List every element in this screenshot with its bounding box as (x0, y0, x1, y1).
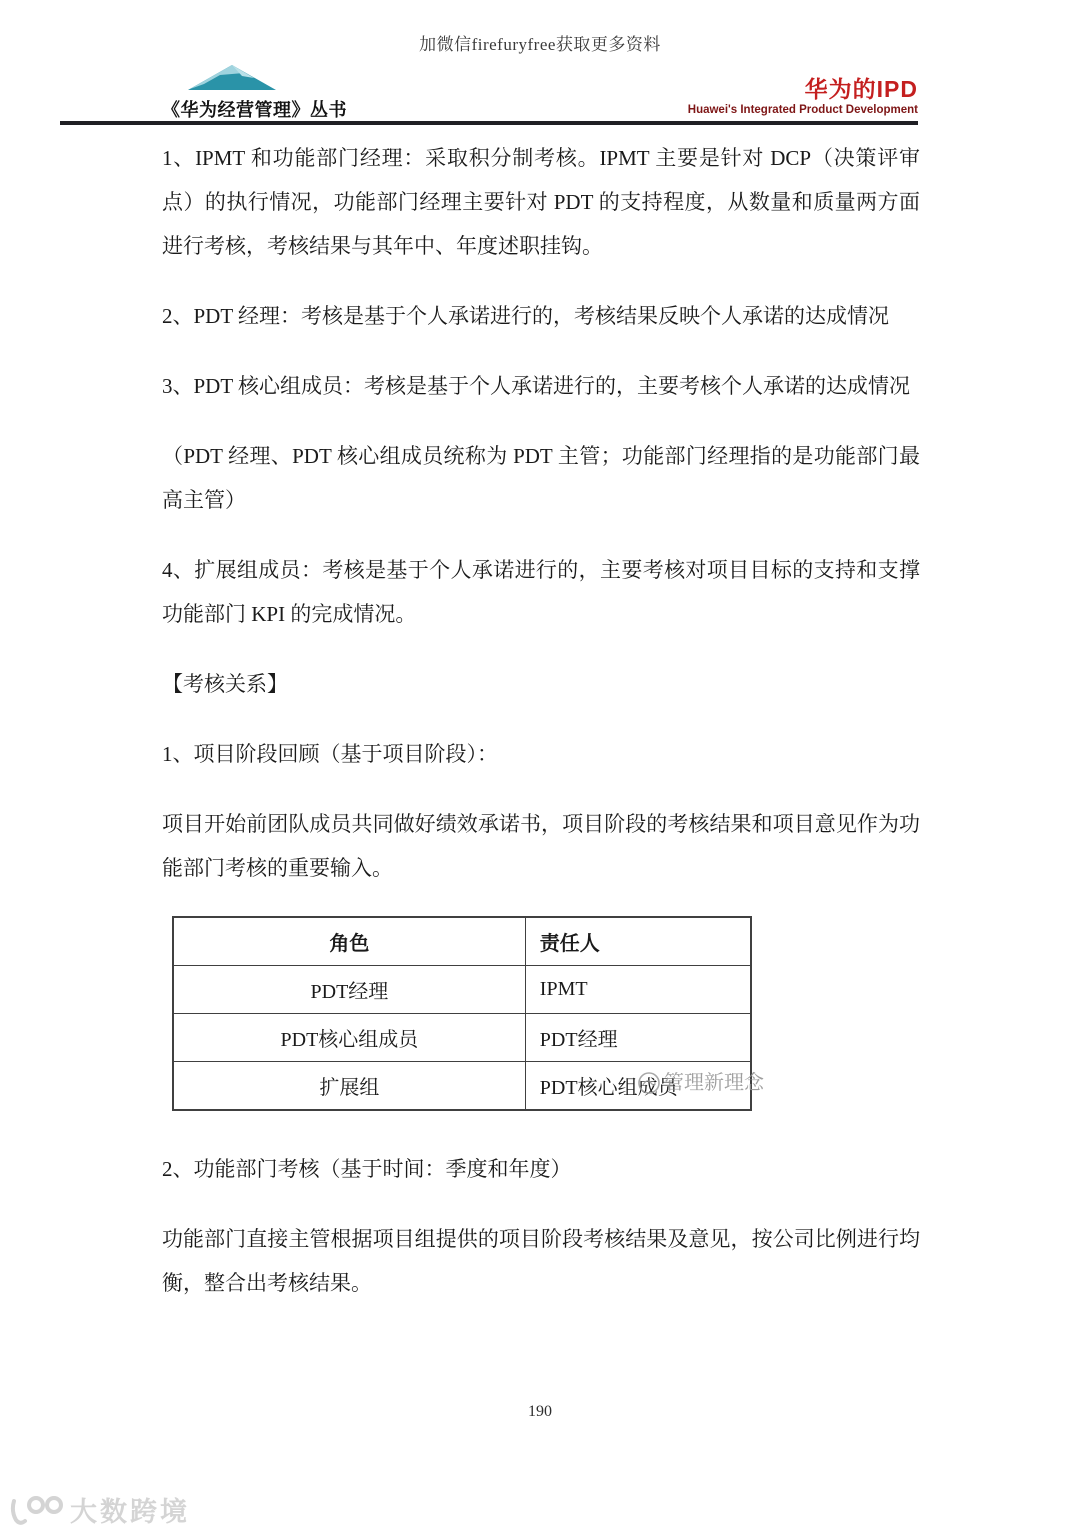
watermark-label: 管理新理念 (664, 1061, 764, 1105)
hundred-logo-icon (8, 1493, 64, 1527)
dashu-kuajing-watermark: 大数跨境 (8, 1490, 190, 1529)
header-book-block: 华为的IPD Huawei's Integrated Product Devel… (688, 76, 918, 116)
table-header-row: 角色 责任人 (173, 917, 751, 966)
paragraph-note: （PDT 经理、PDT 核心组成员统称为 PDT 主管；功能部门经理指的是功能部… (162, 434, 920, 522)
paragraph-extended-group: 4、扩展组成员：考核是基于个人承诺进行的，主要考核对项目目标的支持和支撑功能部门… (162, 548, 920, 636)
table-cell-role: PDT核心组成员 (173, 1014, 525, 1062)
paragraph-dept-review-body: 功能部门直接主管根据项目组提供的项目阶段考核结果及意见，按公司比例进行均衡，整合… (162, 1217, 920, 1305)
header-series-block: 《华为经营管理》丛书 (162, 62, 422, 122)
paragraph-pdt-manager: 2、PDT 经理：考核是基于个人承诺进行的，考核结果反映个人承诺的达成情况 (162, 294, 920, 338)
series-title: 《华为经营管理》丛书 (162, 96, 422, 122)
paragraph-stage-review-title: 1、项目阶段回顾（基于项目阶段）： (162, 732, 920, 776)
table-row: PDT经理 IPMT (173, 966, 751, 1014)
paragraph-ipmt: 1、IPMT 和功能部门经理：采取积分制考核。IPMT 主要是针对 DCP（决策… (162, 136, 920, 268)
table-cell-role: PDT经理 (173, 966, 525, 1014)
table-cell-owner: IPMT (525, 966, 751, 1014)
book-title: 华为的IPD (688, 76, 918, 102)
watermark-seal-icon (636, 1070, 662, 1096)
paragraph-pdt-core: 3、PDT 核心组成员：考核是基于个人承诺进行的，主要考核个人承诺的达成情况 (162, 364, 920, 408)
table-cell-role: 扩展组 (173, 1062, 525, 1111)
mountain-logo-icon (184, 62, 280, 94)
paragraph-dept-review-title: 2、功能部门考核（基于时间：季度和年度） (162, 1147, 920, 1191)
table-header-owner: 责任人 (525, 917, 751, 966)
book-page: 加微信firefuryfree获取更多资料 《华为经营管理》丛书 华为的IPD … (0, 0, 1080, 1535)
top-watermark-text: 加微信firefuryfree获取更多资料 (0, 30, 1080, 55)
page-number: 190 (0, 1403, 1080, 1421)
paragraph-stage-review-body: 项目开始前团队成员共同做好绩效承诺书，项目阶段的考核结果和项目意见作为功能部门考… (162, 802, 920, 890)
watermark-bottom-label: 大数跨境 (70, 1490, 190, 1529)
table-row: PDT核心组成员 PDT经理 (173, 1014, 751, 1062)
body-content: 1、IPMT 和功能部门经理：采取积分制考核。IPMT 主要是针对 DCP（决策… (162, 136, 920, 1331)
section-heading-assessment-relations: 【考核关系】 (162, 662, 920, 706)
table-header-role: 角色 (173, 917, 525, 966)
role-owner-table-wrapper: 角色 责任人 PDT经理 IPMT PDT核心组成员 PDT经理 扩展组 PDT… (172, 916, 752, 1111)
header-divider-rule (60, 121, 918, 125)
book-subtitle: Huawei's Integrated Product Development (688, 104, 918, 116)
publisher-watermark: 管理新理念 (636, 1061, 764, 1105)
table-cell-owner: PDT经理 (525, 1014, 751, 1062)
